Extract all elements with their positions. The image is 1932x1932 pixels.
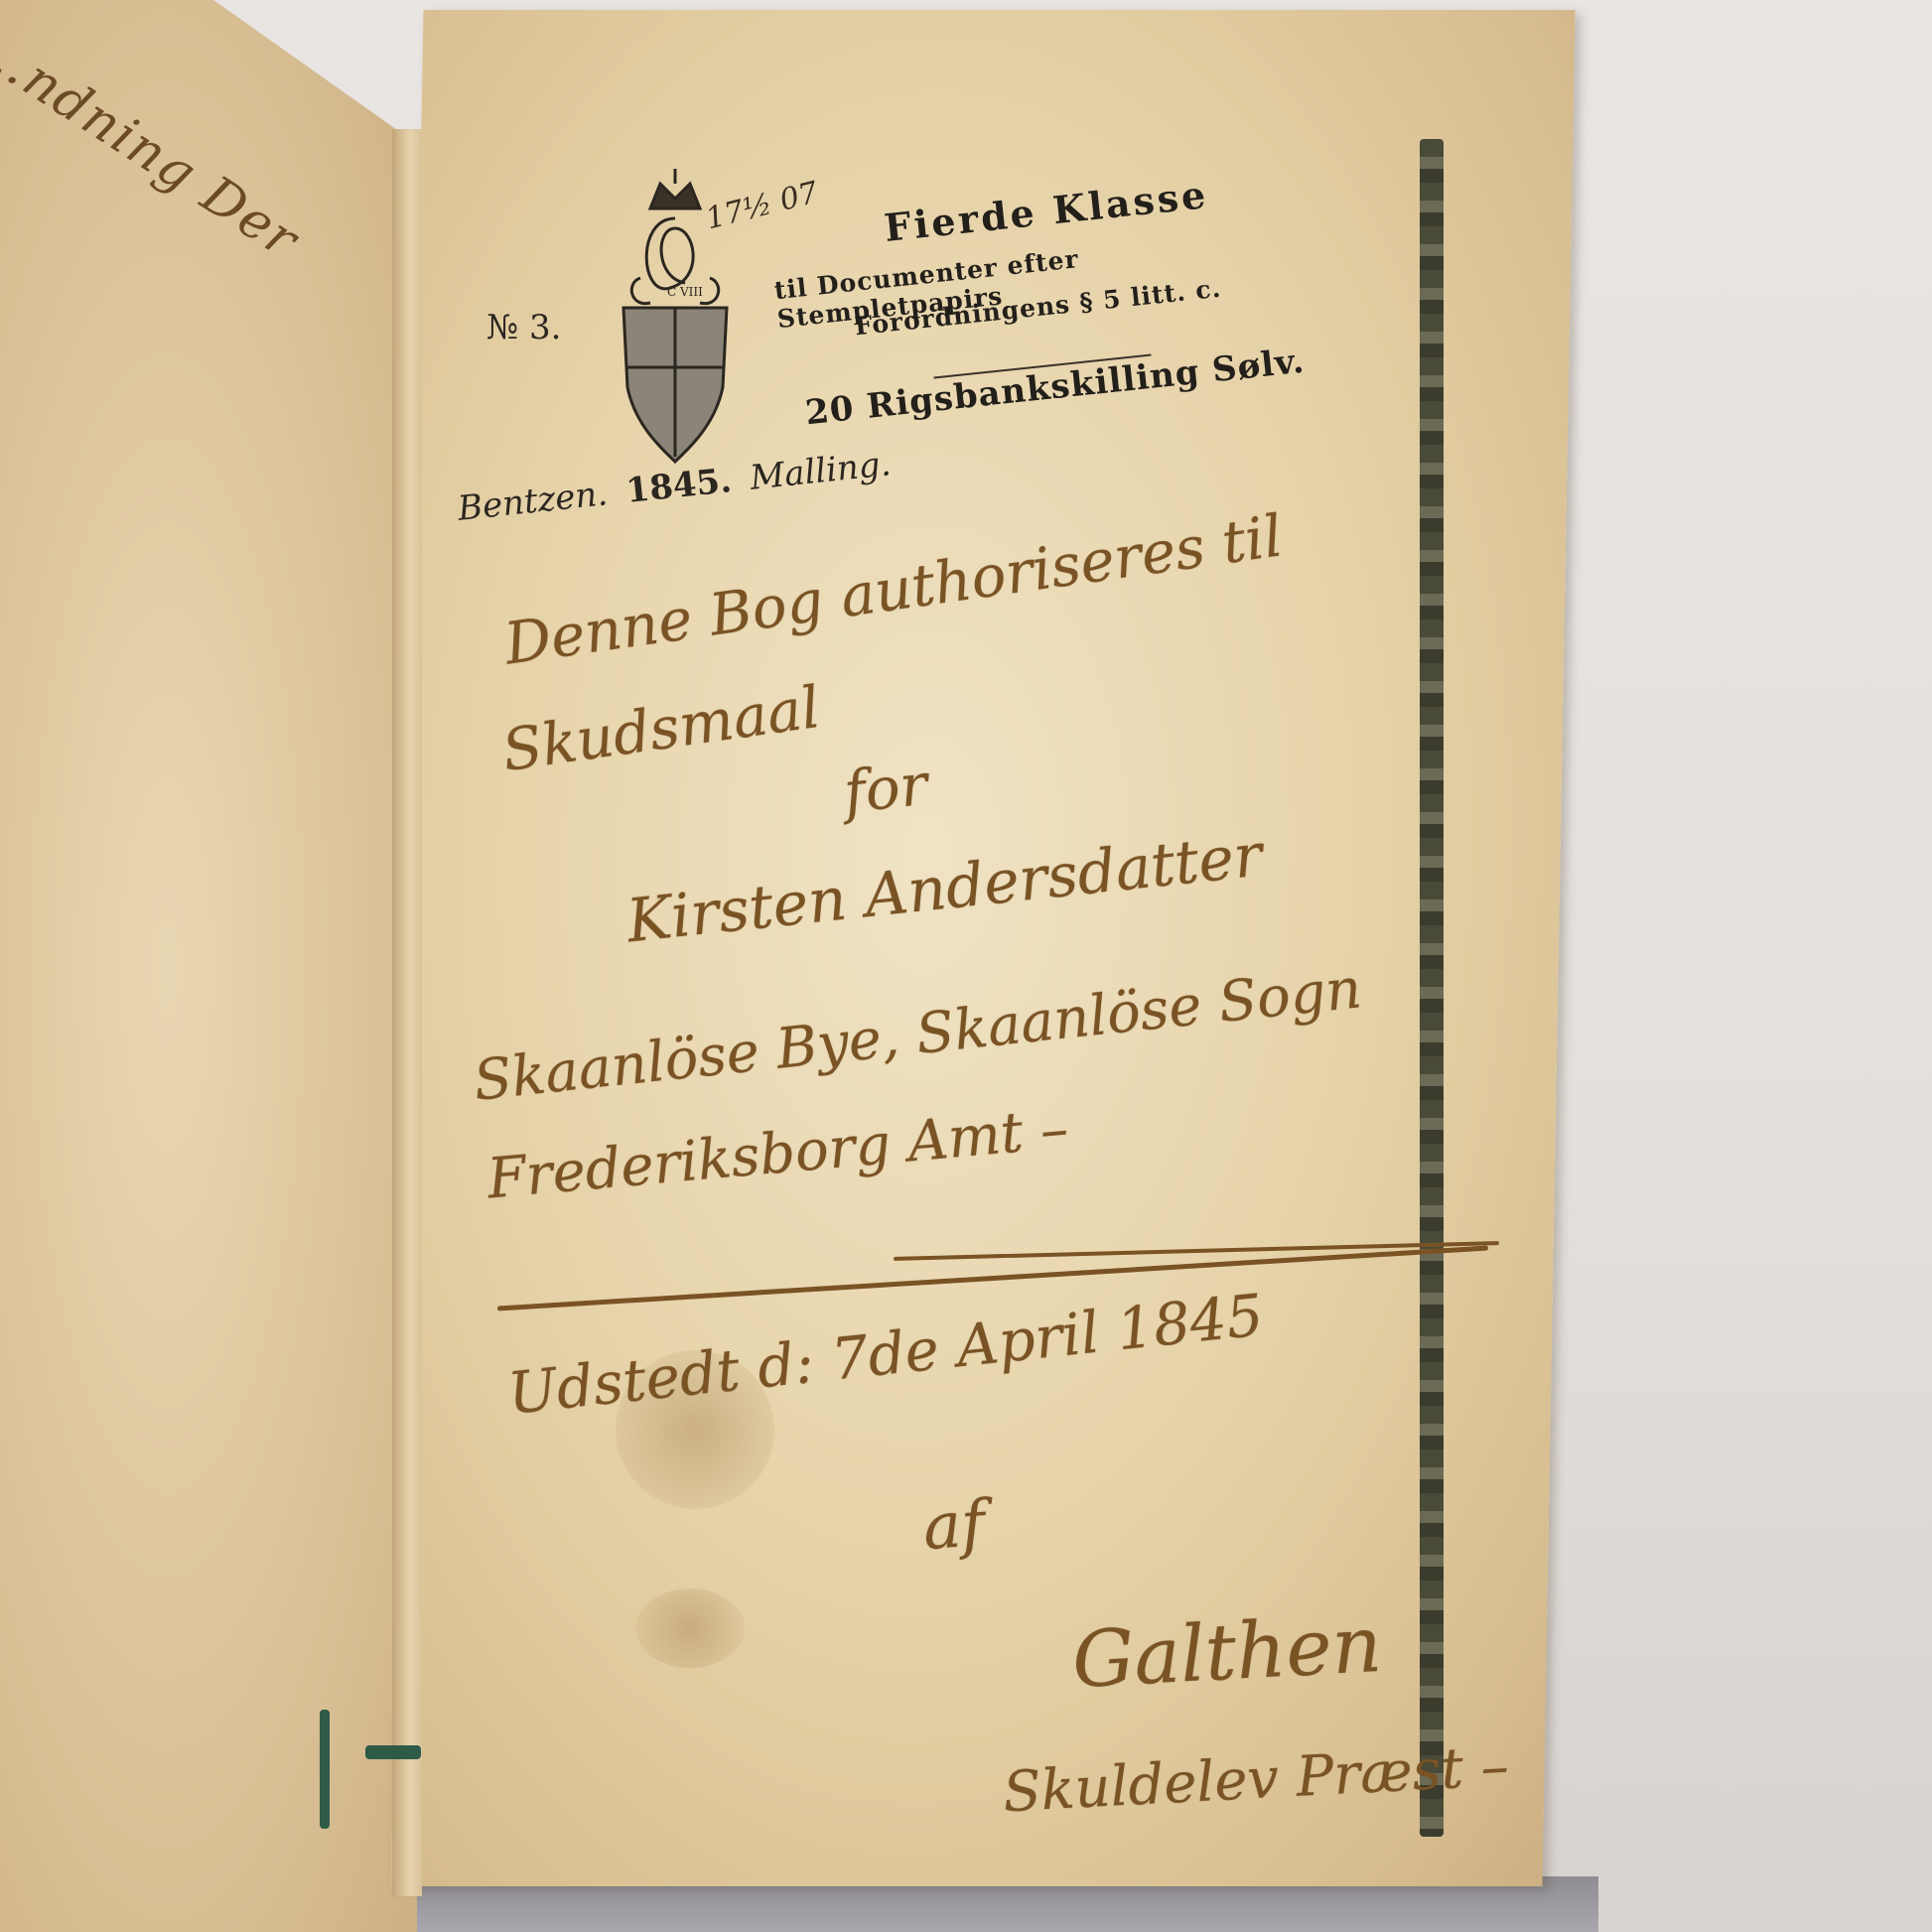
marbled-cover-edge xyxy=(1420,139,1444,1837)
stamp-paper-header: № 3. C VIII 17½ 07 Fierde Klasse til Doc… xyxy=(477,169,1311,467)
stamp-number: № 3. xyxy=(486,308,561,347)
svg-text:C VIII: C VIII xyxy=(667,285,703,299)
book-gutter xyxy=(392,129,422,1896)
binding-thread-icon xyxy=(320,1710,330,1829)
binding-thread-icon xyxy=(365,1745,421,1759)
handwritten-by: af xyxy=(920,1487,987,1565)
handwritten-line-3: for xyxy=(841,751,931,826)
stamp-value: 20 Rigsbankskilling Sølv. xyxy=(803,342,1307,434)
water-stain xyxy=(635,1588,745,1668)
left-page xyxy=(0,0,417,1932)
handwritten-signature: Galthen xyxy=(1070,1600,1384,1706)
